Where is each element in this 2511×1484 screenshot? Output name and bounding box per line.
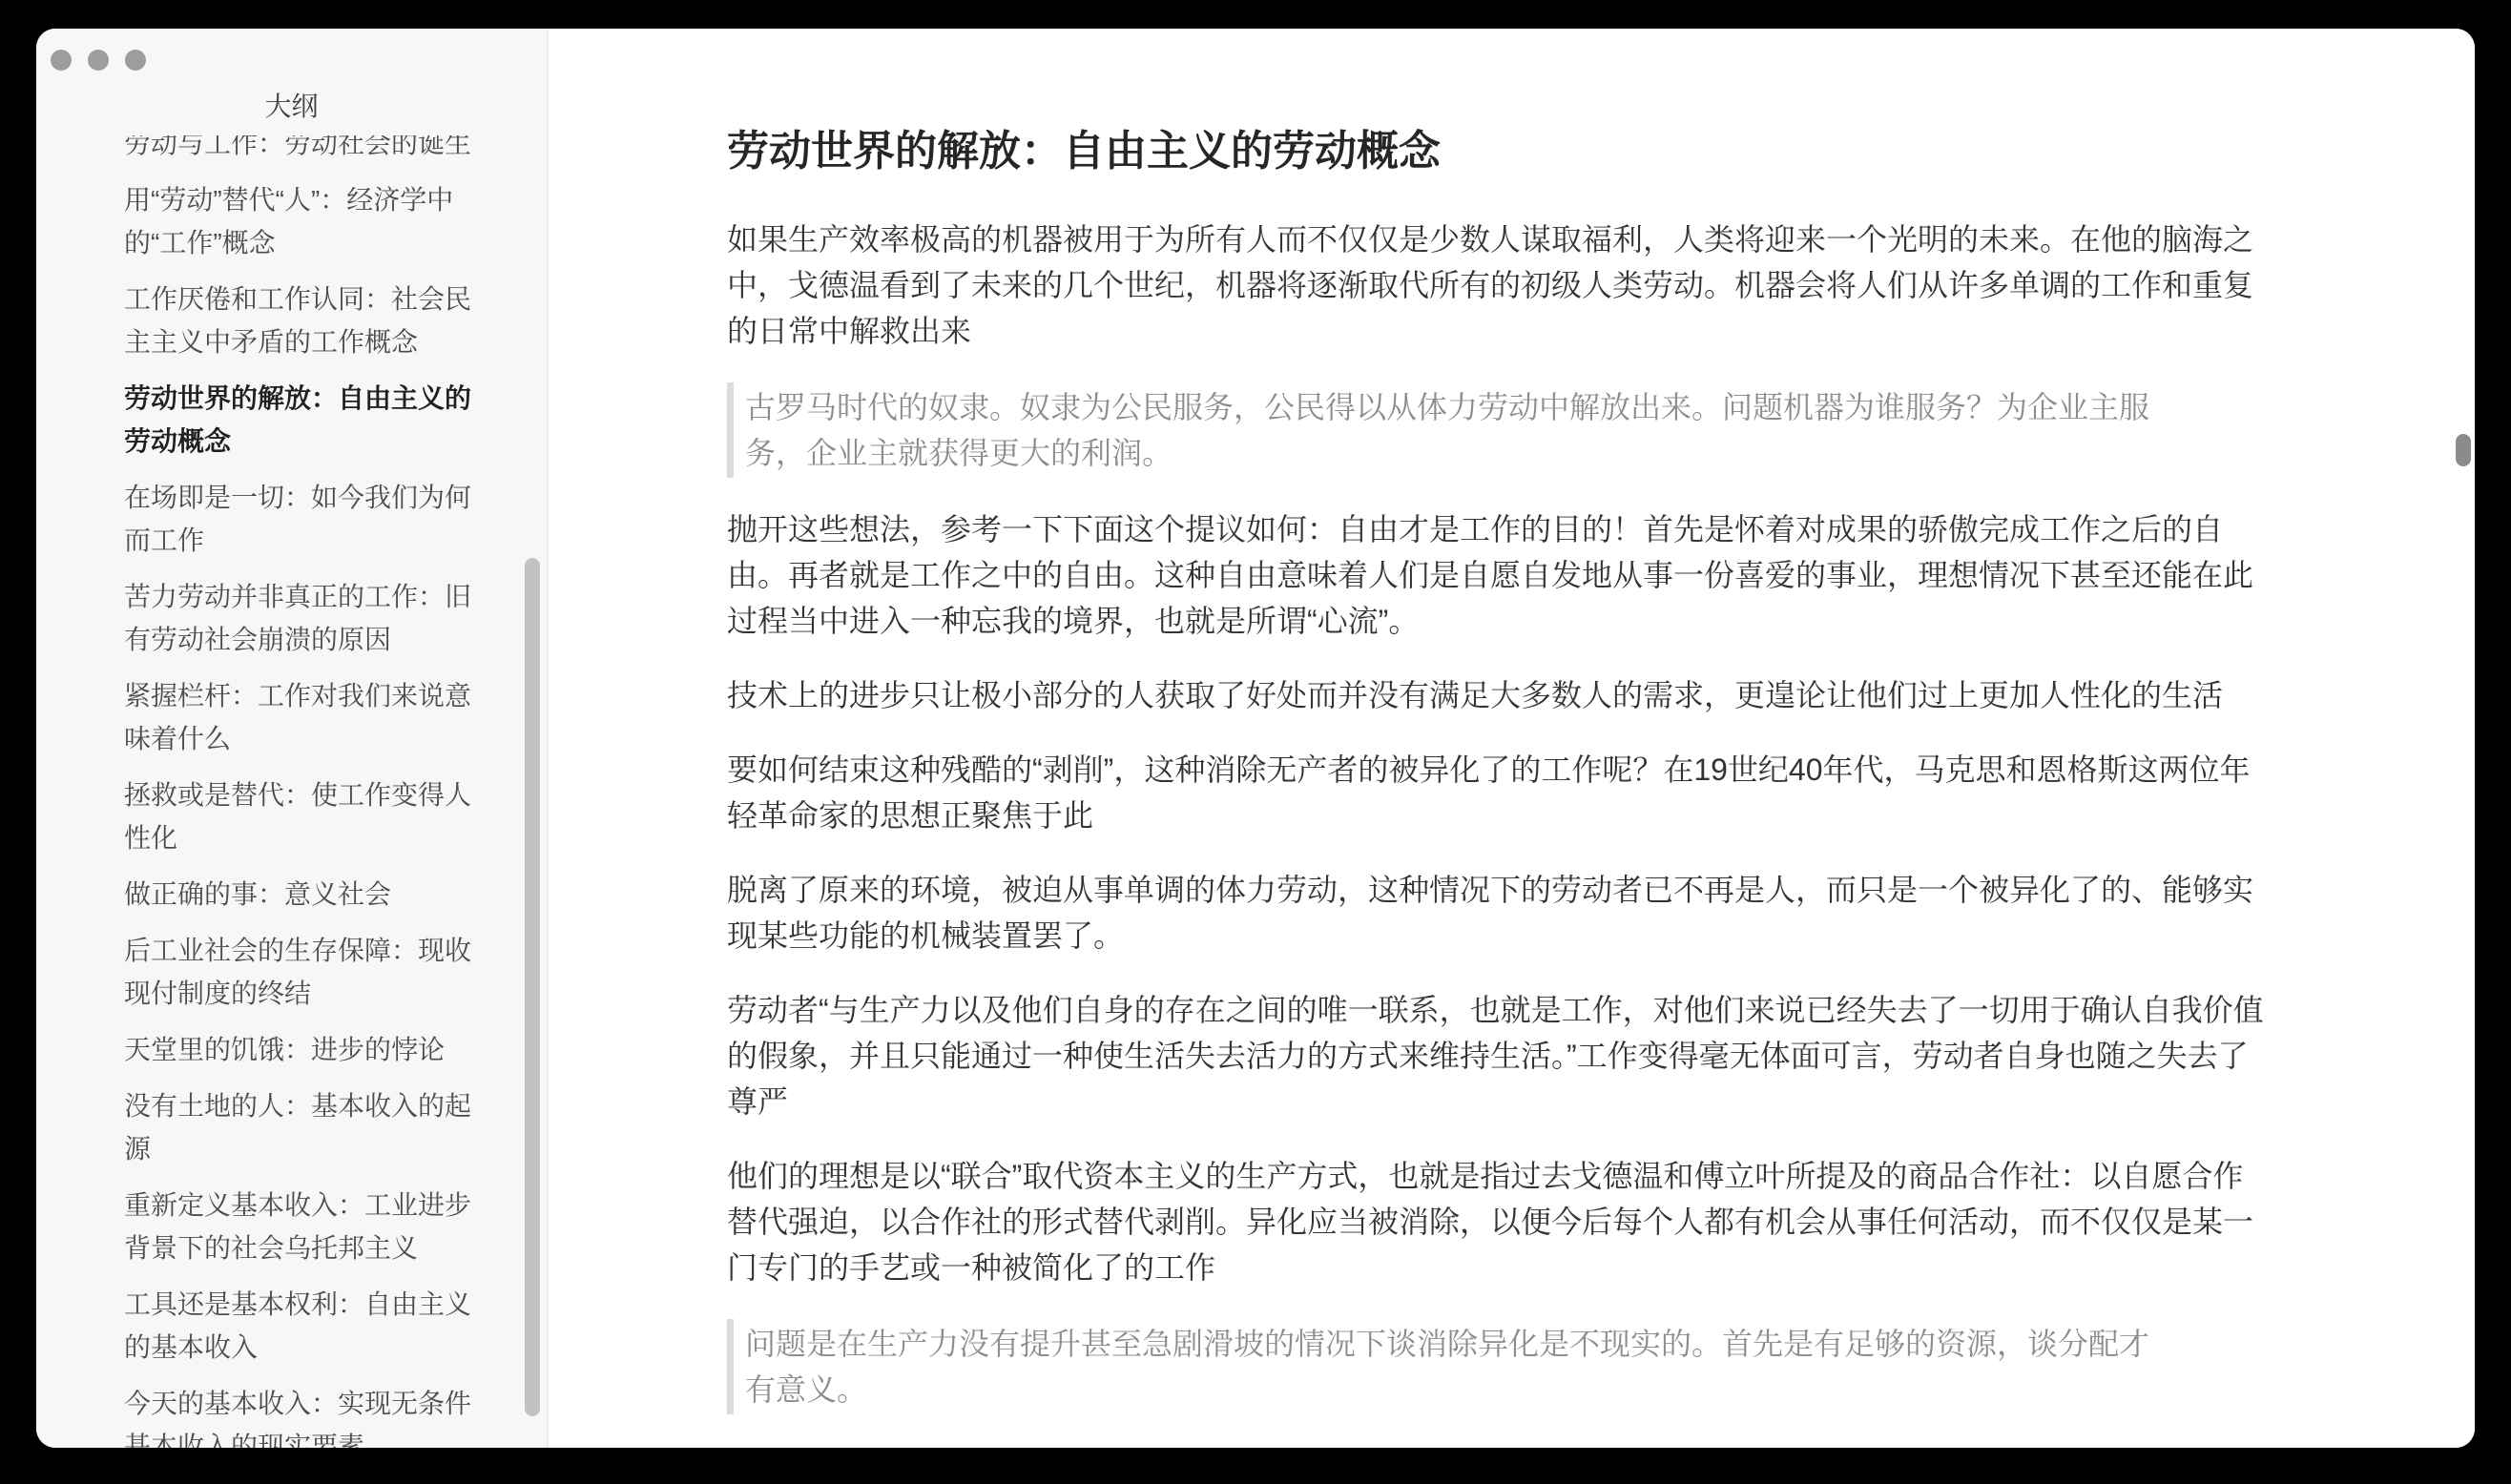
- outline-item[interactable]: 天堂里的饥饿：进步的悖论: [124, 1028, 496, 1071]
- document-heading[interactable]: 劳动世界的解放：自由主义的劳动概念: [727, 126, 2269, 176]
- outline-sidebar: 大纲 劳动与工作：劳动社会的诞生用“劳动”替代“人”：经济学中的“工作”概念工作…: [36, 29, 549, 1448]
- editor-pane[interactable]: 劳动世界的解放：自由主义的劳动概念 如果生产效率极高的机器被用于为所有人而不仅仅…: [550, 29, 2475, 1448]
- outline-item[interactable]: 工具还是基本权利：自由主义的基本收入: [124, 1283, 496, 1369]
- outline-title: 大纲: [36, 86, 547, 124]
- outline-item[interactable]: 劳动世界的解放：自由主义的劳动概念: [124, 377, 496, 463]
- zoom-button[interactable]: [125, 50, 146, 71]
- outline-item[interactable]: 劳动与工作：劳动社会的诞生: [124, 135, 496, 165]
- outline-item[interactable]: 工作厌倦和工作认同：社会民主主义中矛盾的工作概念: [124, 278, 496, 363]
- outline-item[interactable]: 用“劳动”替代“人”：经济学中的“工作”概念: [124, 178, 496, 264]
- paragraph[interactable]: 抛开这些想法，参考一下下面这个提议如何：自由才是工作的目的！首先是怀着对成果的骄…: [727, 506, 2269, 644]
- outline-item[interactable]: 重新定义基本收入：工业进步背景下的社会乌托邦主义: [124, 1184, 496, 1269]
- paragraph[interactable]: 劳动者“与生产力以及他们自身的存在之间的唯一联系，也就是工作，对他们来说已经失去…: [727, 987, 2269, 1124]
- outline-item[interactable]: 后工业社会的生存保障：现收现付制度的终结: [124, 929, 496, 1015]
- outline-item[interactable]: 苦力劳动并非真正的工作：旧有劳动社会崩溃的原因: [124, 575, 496, 661]
- paragraph[interactable]: 他们的理想是以“联合”取代资本主义的生产方式，也就是指过去戈德温和傅立叶所提及的…: [727, 1153, 2269, 1290]
- outline-item[interactable]: 紧握栏杆：工作对我们来说意味着什么: [124, 674, 496, 760]
- paragraph[interactable]: 要如何结束这种残酷的“剥削”，这种消除无产者的被异化了的工作呢？在19世纪40年…: [727, 747, 2269, 838]
- paragraph[interactable]: 技术上的进步只让极小部分的人获取了好处而并没有满足大多数人的需求，更遑论让他们过…: [727, 672, 2269, 718]
- editor-scrollbar-thumb[interactable]: [2456, 434, 2471, 466]
- app-window: 大纲 劳动与工作：劳动社会的诞生用“劳动”替代“人”：经济学中的“工作”概念工作…: [36, 29, 2475, 1448]
- outline-item[interactable]: 拯救或是替代：使工作变得人性化: [124, 773, 496, 859]
- outline-item[interactable]: 今天的基本收入：实现无条件基本收入的现实要素: [124, 1382, 496, 1448]
- window-controls: [51, 50, 146, 71]
- blockquote[interactable]: 古罗马时代的奴隶。奴隶为公民服务，公民得以从体力劳动中解放出来。问题机器为谁服务…: [727, 382, 2158, 478]
- blockquote[interactable]: 问题是在生产力没有提升甚至急剧滑坡的情况下谈消除异化是不现实的。首先是有足够的资…: [727, 1319, 2158, 1414]
- outline-item[interactable]: 没有土地的人：基本收入的起源: [124, 1084, 496, 1170]
- close-button[interactable]: [51, 50, 72, 71]
- paragraph[interactable]: 脱离了原来的环境，被迫从事单调的体力劳动，这种情况下的劳动者已不再是人，而只是一…: [727, 867, 2269, 958]
- outline-item[interactable]: 做正确的事：意义社会: [124, 873, 496, 916]
- minimize-button[interactable]: [88, 50, 109, 71]
- paragraph[interactable]: 如果生产效率极高的机器被用于为所有人而不仅仅是少数人谋取福利，人类将迎来一个光明…: [727, 216, 2269, 354]
- outline-list: 劳动与工作：劳动社会的诞生用“劳动”替代“人”：经济学中的“工作”概念工作厌倦和…: [36, 135, 547, 1448]
- sidebar-scrollbar-thumb[interactable]: [525, 558, 540, 1416]
- document-body[interactable]: 劳动世界的解放：自由主义的劳动概念 如果生产效率极高的机器被用于为所有人而不仅仅…: [550, 29, 2269, 1414]
- outline-item[interactable]: 在场即是一切：如今我们为何而工作: [124, 476, 496, 562]
